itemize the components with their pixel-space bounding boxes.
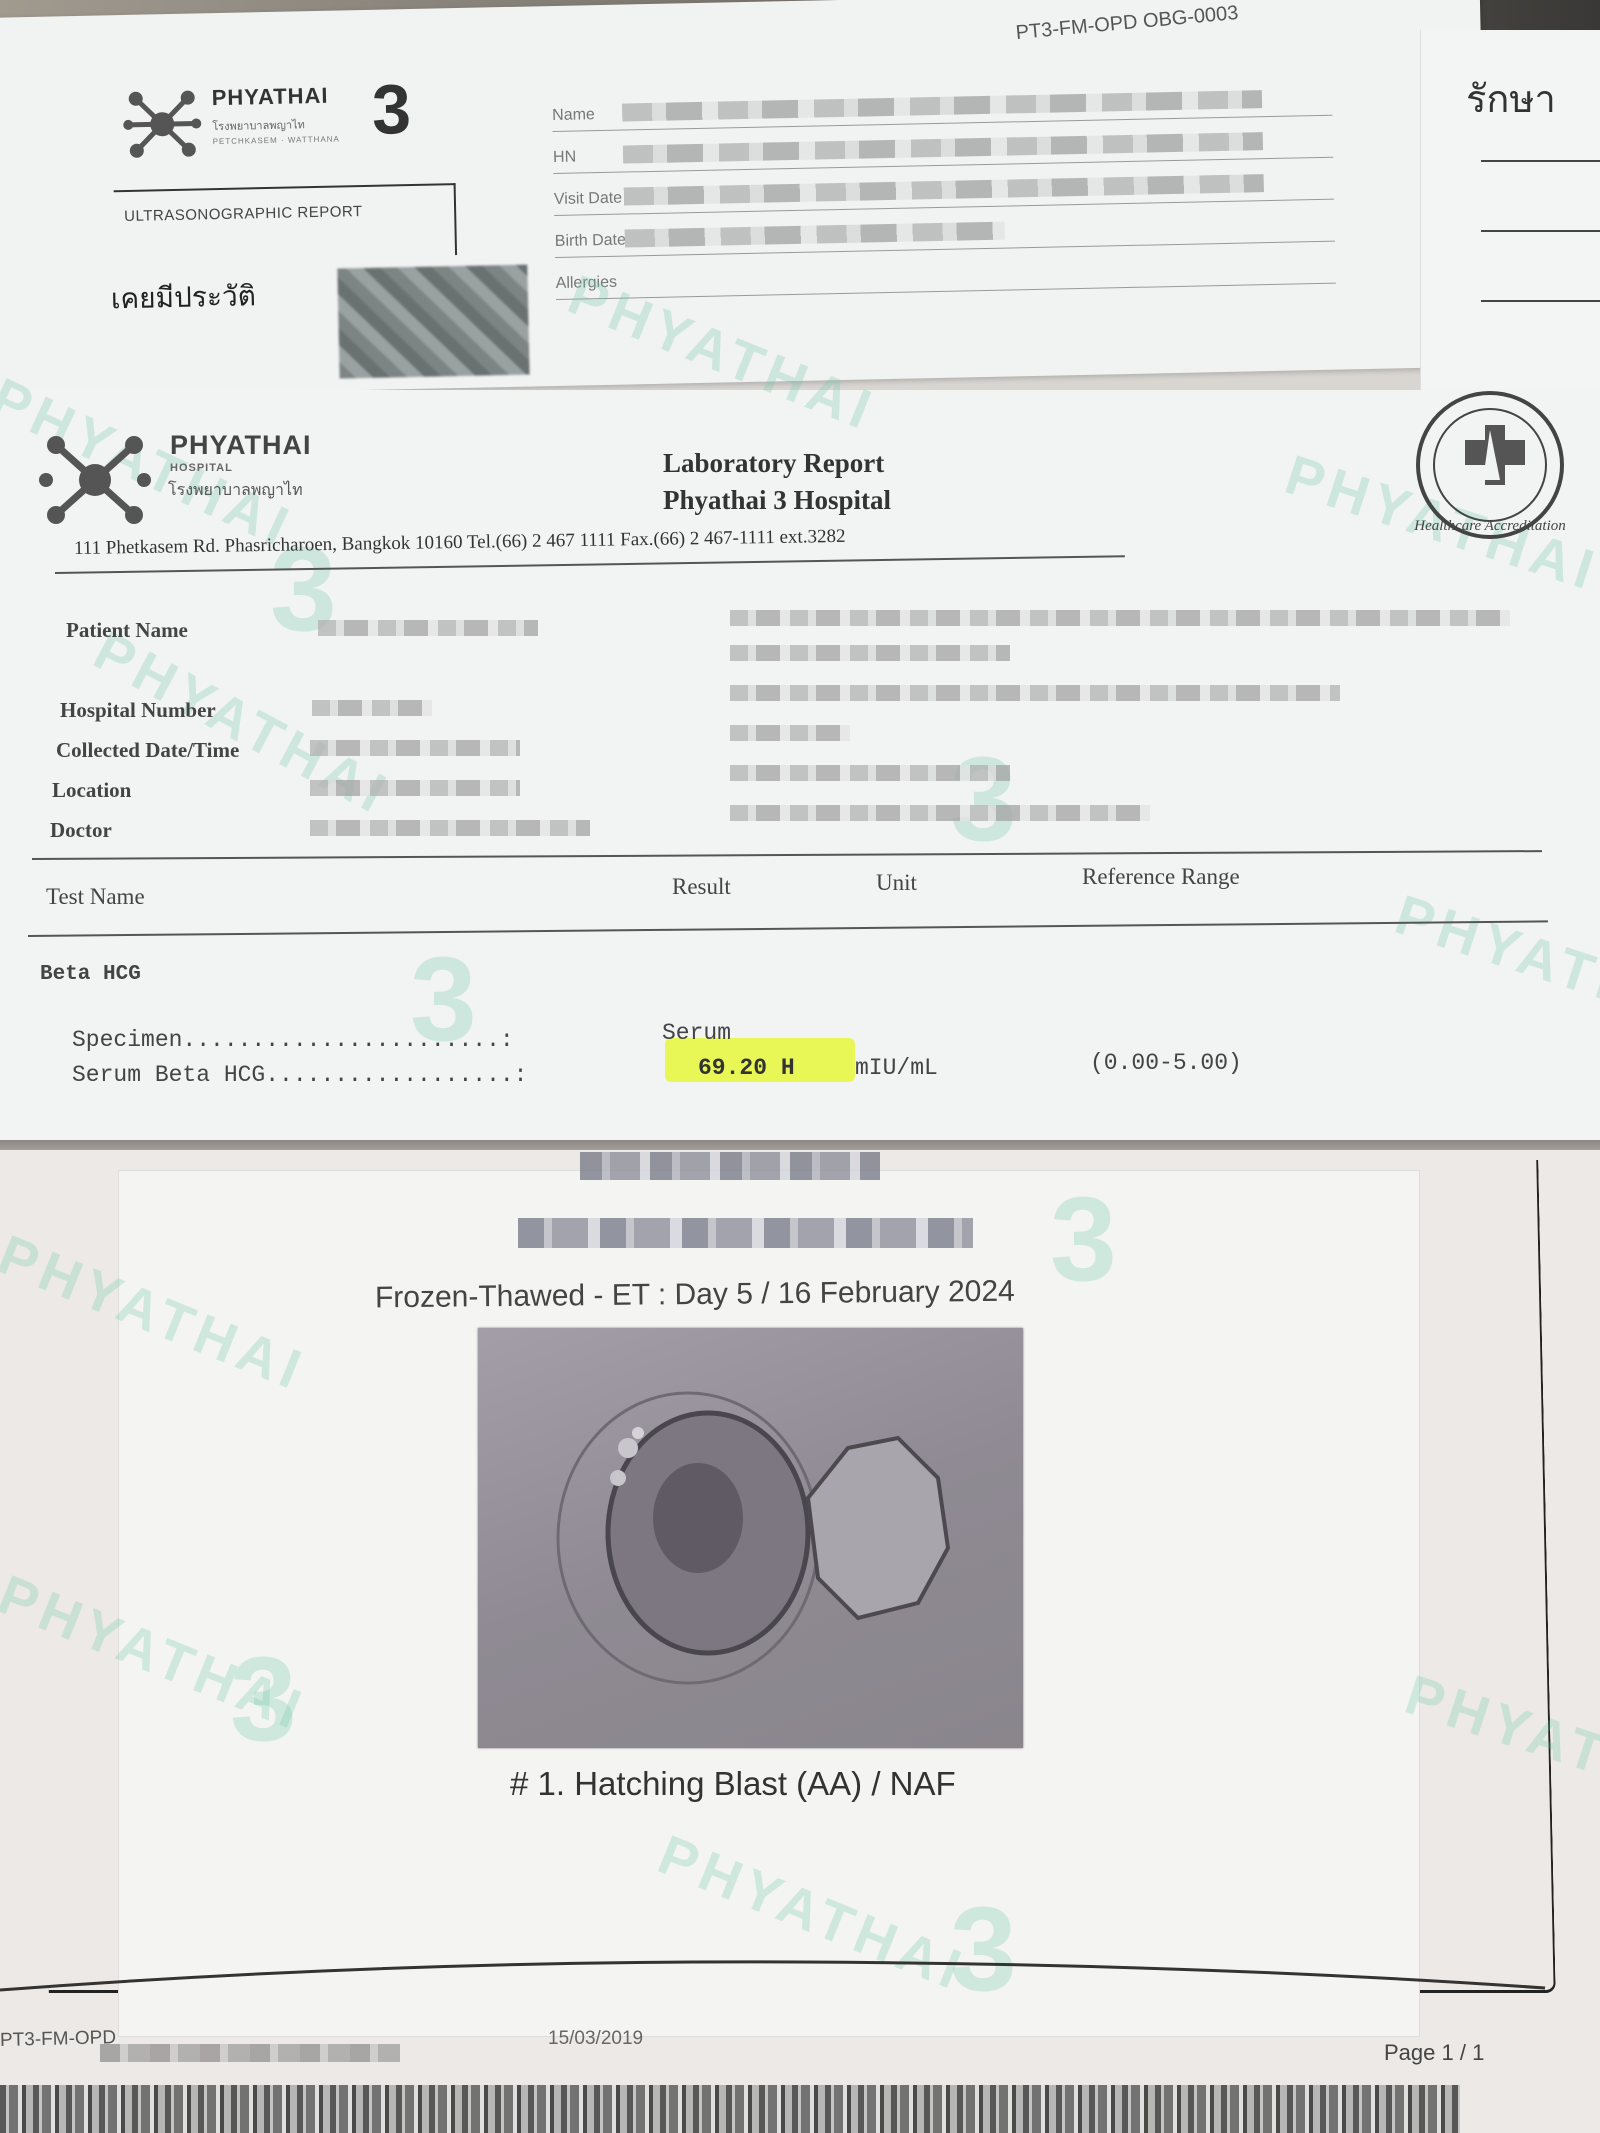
label-patient-name: Patient Name [66, 618, 188, 643]
watermark: PHYATHAI [1388, 881, 1600, 1043]
row-serum-bhcg-result: 69.20 H [698, 1055, 795, 1081]
row-serum-bhcg-range: (0.00-5.00) [1090, 1050, 1242, 1076]
redacted-location [310, 780, 520, 796]
logo-tagline: PETCHKASEM · WATTHANA [213, 134, 340, 146]
redacted-room-bed [730, 725, 850, 741]
divider [32, 850, 1542, 860]
row-serum-bhcg-name: Serum Beta HCG..................: [72, 1062, 527, 1088]
redacted-patient-name [580, 1152, 880, 1180]
logo-thai-name: โรงพยาบาลพญาไท [212, 115, 305, 135]
accreditation-seal-icon: Healthcare Accreditation [1405, 380, 1575, 550]
label-doctor: Doctor [50, 818, 112, 843]
col-reference-range: Reference Range [1082, 864, 1240, 890]
section-beta-hcg: Beta HCG [40, 963, 141, 986]
watermark-number: 3 [950, 730, 1017, 868]
embryo-image-icon [478, 1328, 1023, 1748]
patient-fields: Name HN Visit Date Birth Date Allergies [552, 85, 1336, 311]
report-title-line2: Phyathai 3 Hospital [663, 482, 891, 519]
col-test-name: Test Name [46, 884, 145, 910]
form-code: PT3-FM-OPD OBG-0003 [1015, 2, 1240, 45]
embryo-micrograph [478, 1328, 1023, 1748]
redacted-photo [337, 265, 529, 379]
col-unit: Unit [876, 870, 917, 896]
laboratory-report-sheet: PHYATHAI PHYATHAI PHYATHAI PHYATHAI PHYA… [0, 390, 1600, 1150]
row-specimen-result: Serum [662, 1020, 731, 1046]
label-hospital-number: Hospital Number [60, 698, 216, 723]
hospital-address: 111 Phetkasem Rd. Phasricharoen, Bangkok… [74, 526, 846, 560]
redacted-value [622, 90, 1262, 121]
embryo-caption: # 1. Hatching Blast (AA) / NAF [510, 1765, 956, 1803]
redacted-hospital-number [312, 700, 432, 716]
page-number: Page 1 / 1 [1384, 2040, 1484, 2066]
col-result: Result [672, 874, 731, 900]
redacted-lab-department [730, 805, 1150, 821]
field-label: Birth Date [555, 232, 627, 251]
field-label: Allergies [556, 274, 618, 293]
molecule-logo-icon [121, 83, 203, 165]
row-specimen-name: Specimen.......................: [72, 1027, 514, 1053]
report-title-line1: Laboratory Report [663, 445, 891, 482]
phyathai3-logo: PHYATHAI 3 โรงพยาบาลพญาไท PETCHKASEM · W… [121, 69, 423, 175]
redacted-company [730, 765, 1010, 781]
redacted-specimen-received [730, 685, 1340, 701]
history-label: เคยมีประวัติ [110, 274, 256, 321]
redacted-sex-dob-age [730, 610, 1510, 626]
field-label: Visit Date [554, 190, 623, 209]
divider [28, 920, 1548, 937]
redacted-barcode [0, 2085, 1460, 2133]
right-edge-sheet: รักษา [1420, 30, 1600, 410]
divider [55, 555, 1125, 574]
redacted-doctor [310, 820, 590, 836]
svg-text:Healthcare Accreditation: Healthcare Accreditation [1413, 518, 1566, 534]
redacted-collected-date [310, 740, 520, 756]
report-title: Laboratory Report Phyathai 3 Hospital [663, 445, 891, 519]
field-label: HN [553, 149, 576, 167]
redacted-hn [518, 1218, 973, 1248]
lab-logo-subtitle: HOSPITAL [170, 462, 233, 474]
ultrasound-report-sheet: PT3-FM-OPD OBG-0003 PHYATHAI 3 โรงพยาบาล… [0, 0, 1488, 398]
high-flag: H [781, 1055, 795, 1081]
lab-logo-thai-name: โรงพยาบาลพญาไท [168, 478, 303, 503]
footer-issued-date: 15/03/2019 [548, 2028, 643, 2050]
transfer-title: Frozen-Thawed - ET : Day 5 / 16 February… [375, 1275, 1015, 1316]
redacted-footer-code [100, 2044, 400, 2062]
page-bottom-border [0, 1950, 1600, 2010]
row-serum-bhcg-unit: mIU/mL [855, 1055, 938, 1081]
field-label: Name [552, 106, 595, 125]
redacted-patient-name [318, 620, 538, 636]
footer-form-code: PT3-FM-OPD [0, 2027, 116, 2052]
right-edge-thai-text: รักษา [1466, 68, 1556, 129]
label-collected-date: Collected Date/Time [56, 738, 239, 763]
lab-logo-brand: PHYATHAI [170, 430, 312, 461]
redacted-lab-episode [730, 645, 1010, 661]
redacted-value [625, 222, 1005, 248]
label-location: Location [52, 778, 131, 803]
logo-number: 3 [371, 69, 412, 150]
logo-brand: PHYATHAI [211, 83, 328, 111]
molecule-logo-icon [38, 430, 153, 530]
